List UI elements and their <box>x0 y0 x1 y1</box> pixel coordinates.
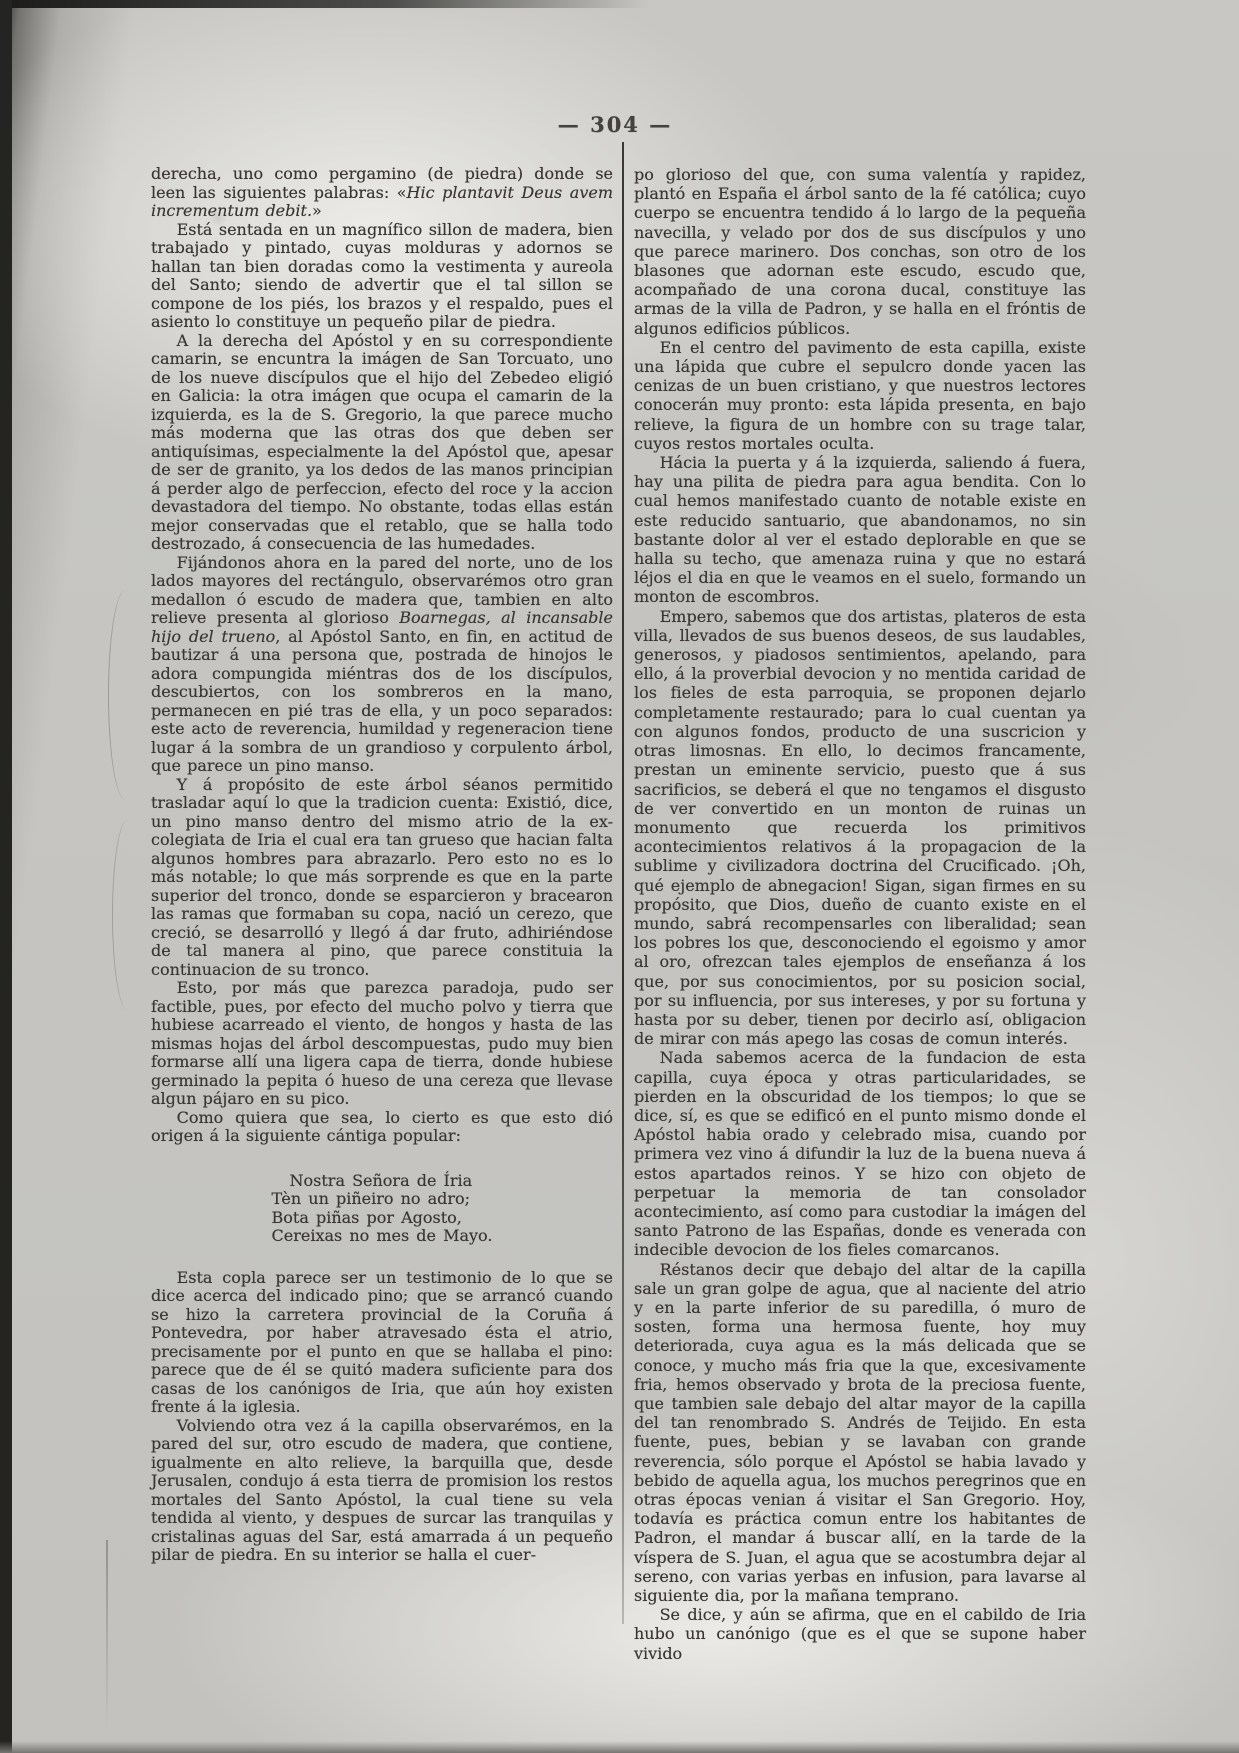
paragraph: Volviendo otra vez á la capilla observar… <box>151 1417 613 1565</box>
text-run: » <box>312 201 322 220</box>
text-run: Está sentada en un magnífico sillon de m… <box>151 220 613 332</box>
scanned-book-page: — 304 — derecha, uno como pergamino (de … <box>0 0 1239 1753</box>
text-run: Esta copla parece ser un testimonio de l… <box>151 1268 613 1417</box>
text-run: Se dice, y aún se afirma, que en el cabi… <box>634 1605 1086 1662</box>
text-run: Nada sabemos acerca de la fundacion de e… <box>634 1048 1086 1259</box>
paragraph: Esto, por más que parezca paradoja, pudo… <box>151 979 613 1109</box>
paragraph: derecha, uno como pergamino (de piedra) … <box>151 165 613 221</box>
column-divider-line <box>622 142 624 1624</box>
verse-line: Bota piñas por Agosto, <box>272 1208 462 1227</box>
paragraph: Se dice, y aún se afirma, que en el cabi… <box>634 1605 1086 1663</box>
verse-line: Cereixas no mes de Mayo. <box>272 1226 493 1245</box>
text-run: Como quiera que sea, lo cierto es que es… <box>151 1108 613 1146</box>
paragraph: Está sentada en un magnífico sillon de m… <box>151 221 613 332</box>
text-run: En el centro del pavimento de esta capil… <box>634 338 1086 453</box>
paragraph: Réstanos decir que debajo del altar de l… <box>634 1260 1086 1606</box>
paragraph: Como quiera que sea, lo cierto es que es… <box>151 1109 613 1146</box>
paragraph: A la derecha del Apóstol y en su corresp… <box>151 332 613 554</box>
text-run: Empero, sabemos que dos artistas, plater… <box>634 607 1086 1048</box>
text-run: po glorioso del que, con suma valentía y… <box>634 165 1086 338</box>
paper-crease <box>106 1540 108 1730</box>
margin-pencil-mark <box>108 590 143 800</box>
right-column: po glorioso del que, con suma valentía y… <box>634 165 1086 1663</box>
page-number: — 304 — <box>505 112 725 137</box>
text-run: Esto, por más que parezca paradoja, pudo… <box>151 978 613 1108</box>
paragraph: po glorioso del que, con suma valentía y… <box>634 165 1086 338</box>
scan-edge-bottom <box>0 1741 1239 1753</box>
paragraph: Esta copla parece ser un testimonio de l… <box>151 1269 613 1417</box>
scan-edge-top <box>0 0 650 8</box>
paragraph: Nada sabemos acerca de la fundacion de e… <box>634 1048 1086 1259</box>
verse-line: Nostra Señora de Íria <box>290 1172 473 1191</box>
text-run: Volviendo otra vez á la capilla observar… <box>151 1416 613 1565</box>
verse-stanza: Nostra Señora de ÍriaTèn un piñeiro no a… <box>272 1172 493 1246</box>
text-run: A la derecha del Apóstol y en su corresp… <box>151 331 613 554</box>
paragraph: Empero, sabemos que dos artistas, plater… <box>634 607 1086 1049</box>
text-run: Réstanos decir que debajo del altar de l… <box>634 1260 1086 1605</box>
paragraph: En el centro del pavimento de esta capil… <box>634 338 1086 453</box>
text-run: Hácia la puerta y á la izquierda, salien… <box>634 453 1086 606</box>
text-run: , al Apóstol Santo, en fin, en actitud d… <box>151 627 613 776</box>
paragraph: Y á propósito de este árbol séanos permi… <box>151 776 613 980</box>
paragraph: Hácia la puerta y á la izquierda, salien… <box>634 453 1086 607</box>
binding-shadow <box>0 0 12 1753</box>
margin-pencil-mark <box>112 820 143 1010</box>
verse-line: Tèn un piñeiro no adro; <box>272 1189 471 1208</box>
left-column: derecha, uno como pergamino (de piedra) … <box>151 165 613 1565</box>
text-run: Y á propósito de este árbol séanos permi… <box>151 775 613 979</box>
paragraph: Fijándonos ahora en la pared del norte, … <box>151 554 613 776</box>
